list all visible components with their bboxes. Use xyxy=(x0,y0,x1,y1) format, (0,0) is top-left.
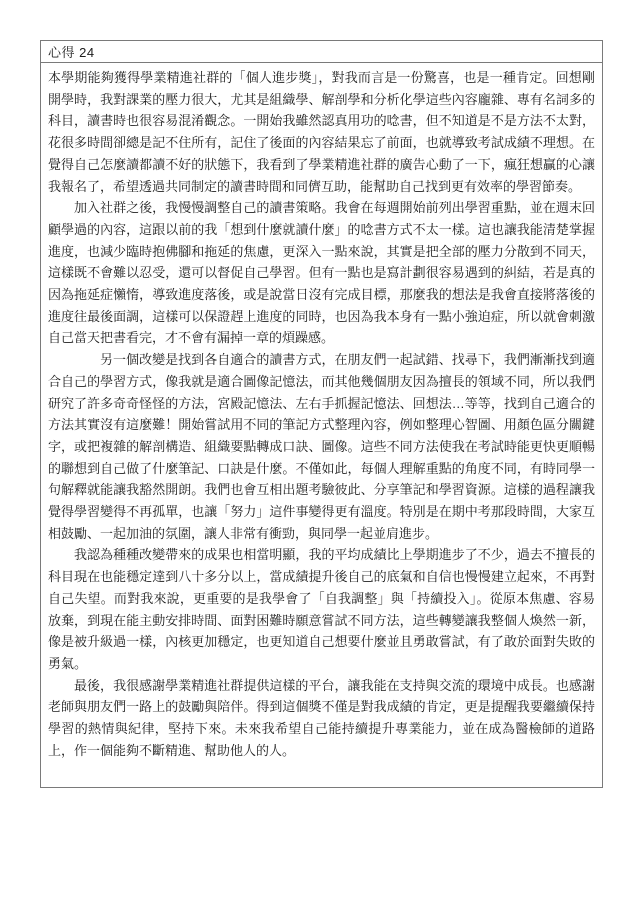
essay-paragraph: 我認為種種改變帶來的成果也相當明顯，我的平均成績比上學期進步了不少，過去不擅長的… xyxy=(48,544,595,674)
essay-paragraph: 加入社群之後，我慢慢調整自己的讀書策略。我會在每週開始前列出學習重點，並在週末回… xyxy=(48,197,595,349)
essay-body-cell: 本學期能夠獲得學業精進社群的「個人進步獎」，對我而言是一份驚喜，也是一種肯定。回… xyxy=(41,63,602,785)
essay-paragraph: 本學期能夠獲得學業精進社群的「個人進步獎」，對我而言是一份驚喜，也是一種肯定。回… xyxy=(48,67,595,197)
document-table: 心得 24 本學期能夠獲得學業精進社群的「個人進步獎」，對我而言是一份驚喜，也是… xyxy=(40,40,603,788)
table-header-row: 心得 24 xyxy=(41,41,602,63)
document-page: 心得 24 本學期能夠獲得學業精進社群的「個人進步獎」，對我而言是一份驚喜，也是… xyxy=(0,0,640,905)
essay-paragraph: 另一個改變是找到各自適合的讀書方式，在朋友們一起試錯、找尋下，我們漸漸找到適合自… xyxy=(48,349,595,544)
document-title: 心得 24 xyxy=(48,45,95,60)
essay-paragraph: 最後，我很感謝學業精進社群提供這樣的平台，讓我能在支持與交流的環境中成長。也感謝… xyxy=(48,675,595,762)
